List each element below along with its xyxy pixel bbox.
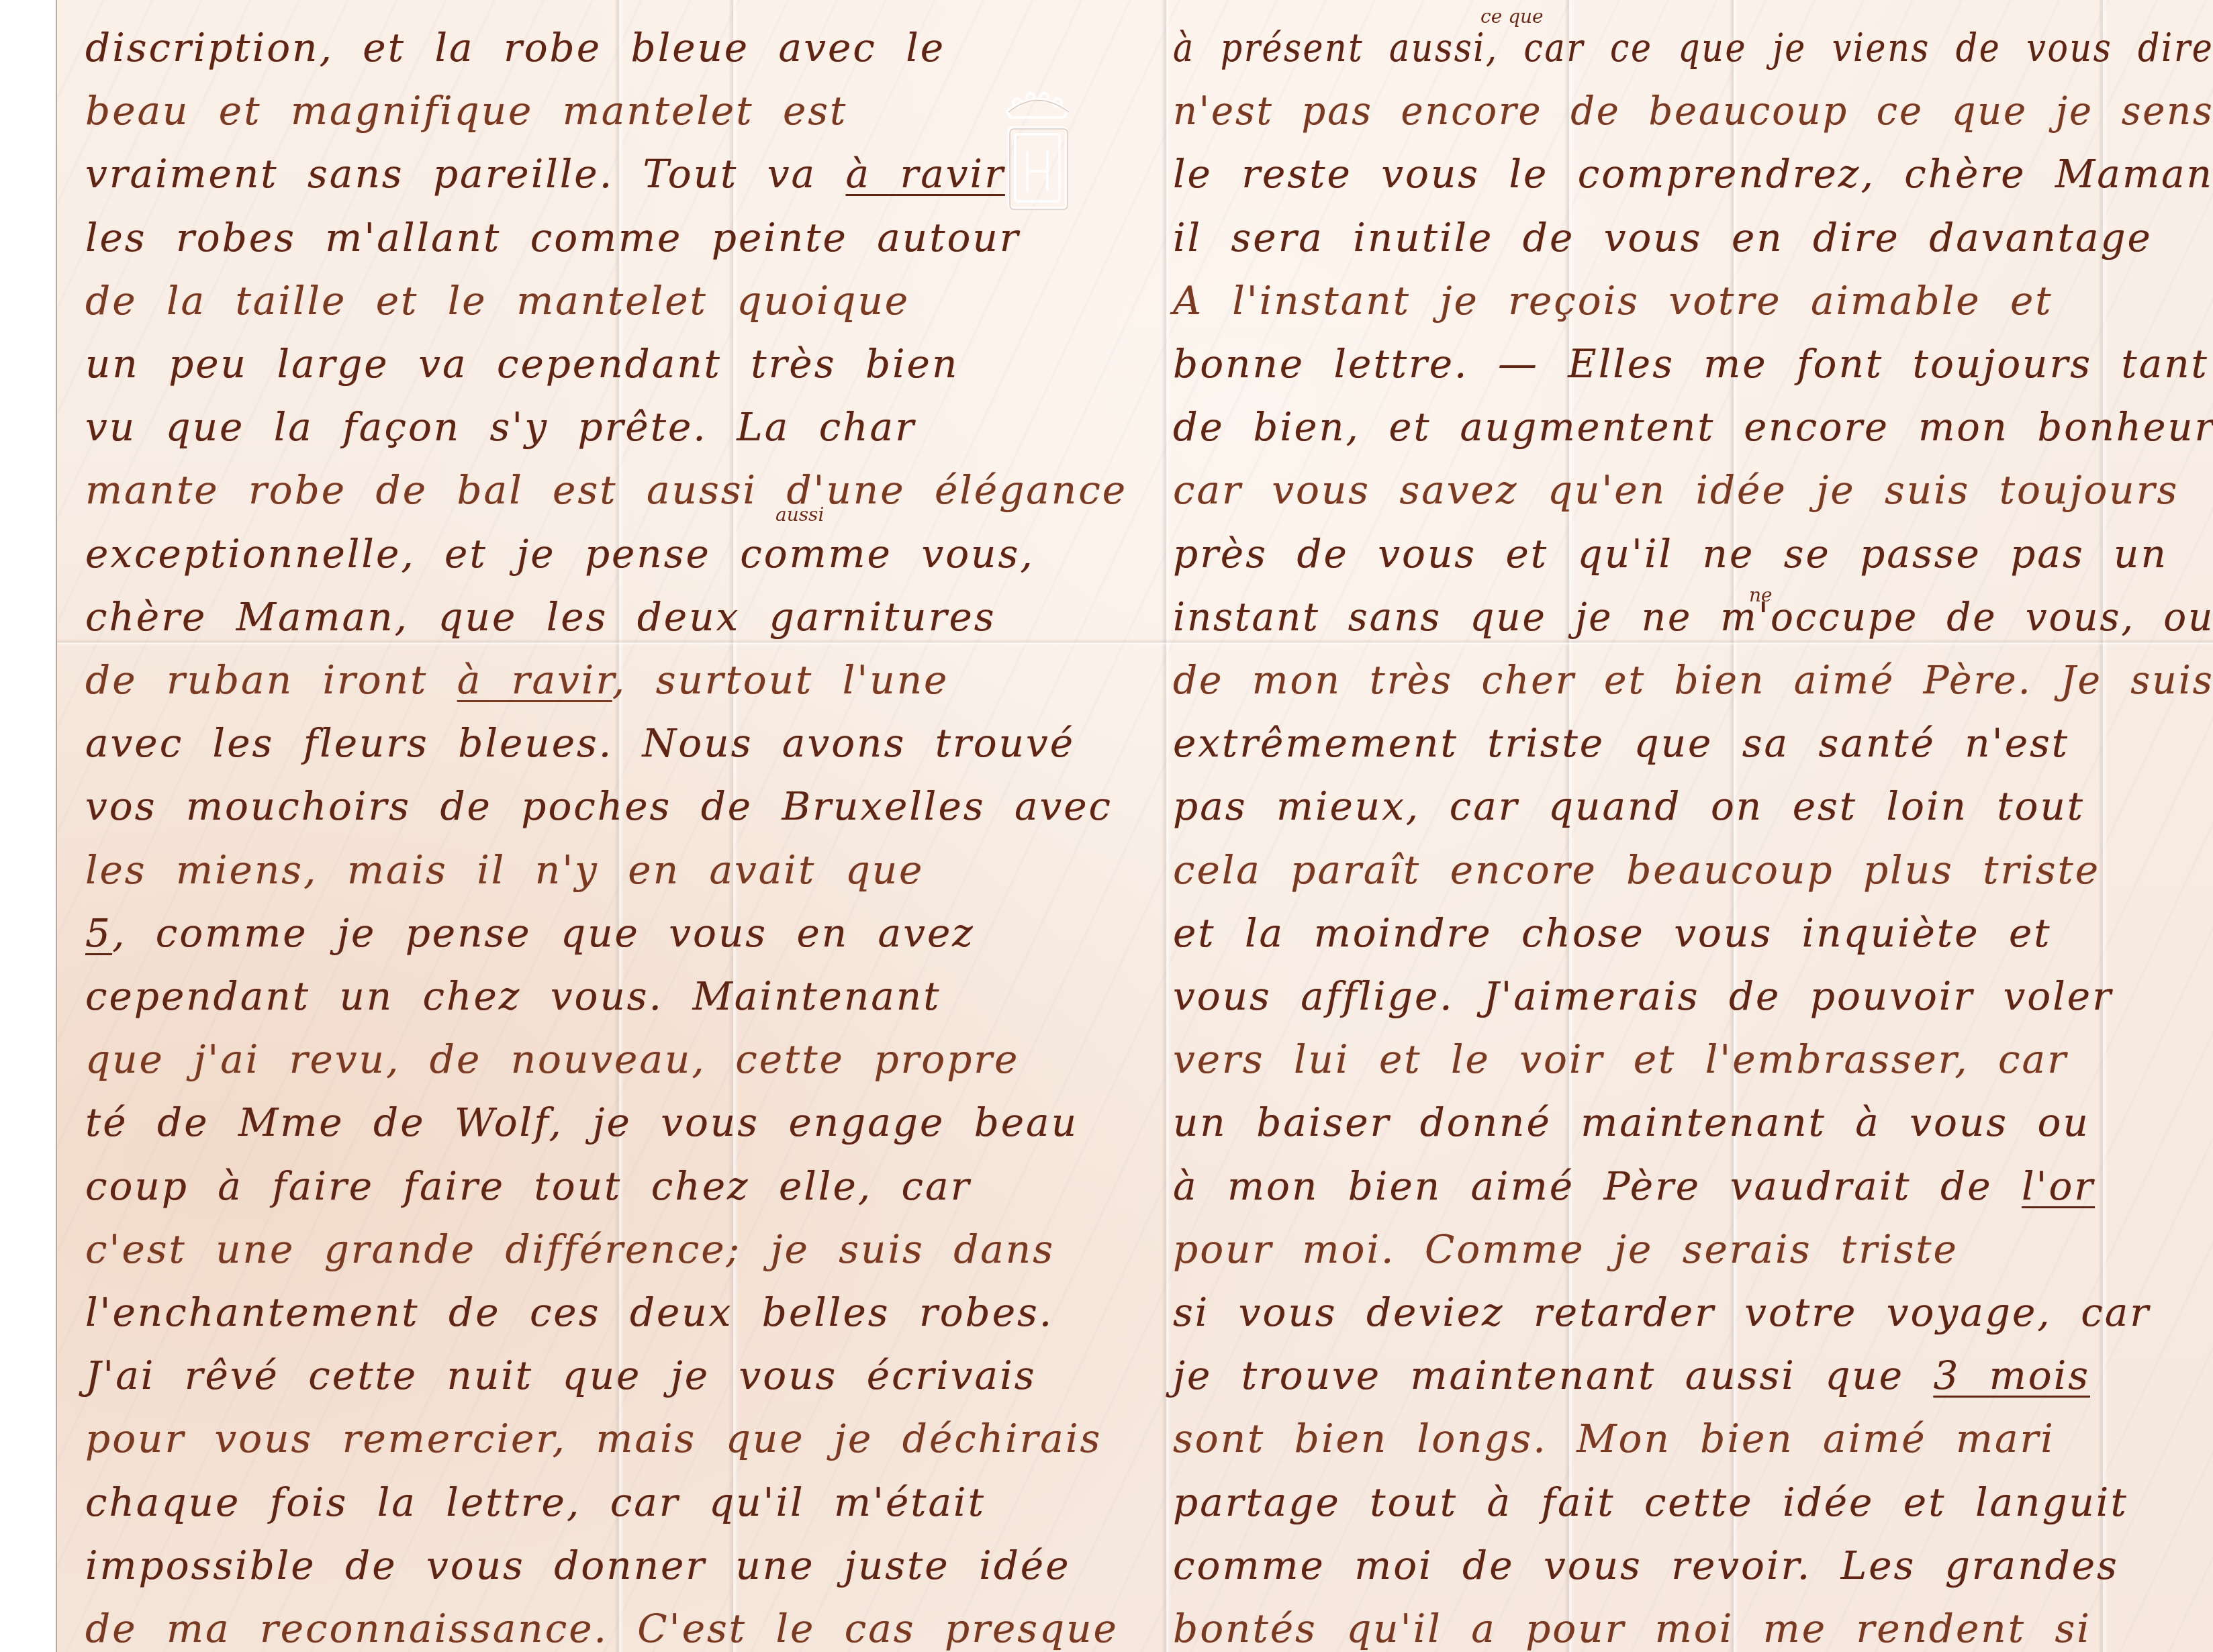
underlined-word: l'or bbox=[2022, 1163, 2095, 1209]
handwritten-line: vous afflige. J'aimerais de pouvoir vole… bbox=[1173, 977, 2113, 1016]
handwritten-line: vraiment sans pareille. Tout va à ravir bbox=[85, 154, 1005, 193]
handwritten-line: vos mouchoirs de poches de Bruxelles ave… bbox=[85, 787, 1113, 826]
handwritten-line: pour moi. Comme je serais triste bbox=[1173, 1230, 1959, 1269]
handwritten-line: instant sans que je ne m'occupe de vous,… bbox=[1173, 597, 2213, 636]
handwritten-line: A l'instant je reçois votre aimable et bbox=[1173, 281, 2053, 320]
center-fold bbox=[1162, 0, 1171, 1652]
letter-scan: discription, et la robe bleue avec lebea… bbox=[0, 0, 2213, 1652]
handwritten-line: chère Maman, que les deux garnitures bbox=[85, 597, 996, 636]
handwritten-line: té de Mme de Wolf, je vous engage beau bbox=[85, 1103, 1078, 1142]
handwritten-line: mante robe de bal est aussi d'une élégan… bbox=[85, 471, 1127, 509]
handwritten-line: pour vous remercier, mais que je déchira… bbox=[85, 1419, 1102, 1458]
underlined-word: à ravir bbox=[846, 151, 1005, 197]
handwritten-line: si vous deviez retarder votre voyage, ca… bbox=[1173, 1293, 2151, 1332]
handwritten-line: n'est pas encore de beaucoup ce que je s… bbox=[1173, 91, 2213, 130]
handwritten-line: partage tout à fait cette idée et langui… bbox=[1173, 1483, 2128, 1522]
handwritten-line: extrêmement triste que sa santé n'est bbox=[1173, 724, 2069, 763]
handwritten-line: sont bien longs. Mon bien aimé mari bbox=[1173, 1419, 2055, 1458]
handwritten-line: de mon très cher et bien aimé Père. Je s… bbox=[1173, 661, 2213, 699]
handwritten-line: je trouve maintenant aussi que 3 mois bbox=[1173, 1356, 2090, 1395]
handwritten-line: vers lui et le voir et l'embrasser, car bbox=[1173, 1040, 2068, 1079]
handwritten-line: beau et magnifique mantelet est bbox=[85, 91, 847, 130]
handwritten-line: discription, et la robe bleue avec le bbox=[85, 28, 945, 67]
handwritten-line: pas mieux, car quand on est loin tout bbox=[1173, 787, 2085, 826]
handwritten-line: le reste vous le comprendrez, chère Mama… bbox=[1173, 154, 2213, 193]
interlinear-insertion: aussi bbox=[775, 503, 824, 526]
handwritten-line: un peu large va cependant très bien bbox=[85, 344, 959, 383]
handwritten-line: chaque fois la lettre, car qu'il m'était bbox=[85, 1483, 986, 1522]
handwritten-line: comme moi de vous revoir. Les grandes bbox=[1173, 1546, 2119, 1585]
interlinear-insertion: ne bbox=[1749, 584, 1773, 606]
handwritten-line: de ma reconnaissance. C'est le cas presq… bbox=[85, 1609, 1119, 1648]
handwritten-line: de bien, et augmentent encore mon bonheu… bbox=[1173, 407, 2213, 446]
horizontal-fold bbox=[57, 639, 2213, 646]
handwritten-line: il sera inutile de vous en dire davantag… bbox=[1173, 218, 2153, 257]
handwritten-line: l'enchantement de ces deux belles robes. bbox=[85, 1293, 1053, 1332]
letter-paper: discription, et la robe bleue avec lebea… bbox=[56, 0, 2213, 1652]
handwritten-line: cela paraît encore beaucoup plus triste bbox=[1173, 851, 2100, 889]
handwritten-line: à mon bien aimé Père vaudrait de l'or bbox=[1173, 1167, 2095, 1206]
handwritten-line: à présent aussi, car ce que je viens de … bbox=[1173, 28, 2213, 67]
handwritten-line: impossible de vous donner une juste idée bbox=[85, 1546, 1070, 1585]
handwritten-line: les miens, mais il n'y en avait que bbox=[85, 851, 924, 889]
handwritten-line: un baiser donné maintenant à vous ou bbox=[1173, 1103, 2090, 1142]
handwritten-line: avec les fleurs bleues. Nous avons trouv… bbox=[85, 724, 1075, 763]
handwritten-line: de ruban iront à ravir, surtout l'une bbox=[85, 661, 949, 699]
handwritten-line: que j'ai revu, de nouveau, cette propre bbox=[85, 1040, 1019, 1079]
interlinear-insertion: ce que bbox=[1480, 5, 1544, 28]
handwritten-line: car vous savez qu'en idée je suis toujou… bbox=[1173, 471, 2179, 509]
handwritten-line: coup à faire faire tout chez elle, car bbox=[85, 1167, 971, 1206]
handwritten-line: 5, comme je pense que vous en avez bbox=[85, 914, 975, 953]
handwritten-line: vu que la façon s'y prête. La char bbox=[85, 407, 916, 446]
handwritten-line: bontés qu'il a pour moi me rendent si bbox=[1173, 1609, 2091, 1648]
embossed-crest-icon bbox=[1000, 91, 1074, 225]
handwritten-line: de la taille et le mantelet quoique bbox=[85, 281, 910, 320]
handwritten-line: près de vous et qu'il ne se passe pas un bbox=[1173, 534, 2168, 573]
handwritten-line: J'ai rêvé cette nuit que je vous écrivai… bbox=[85, 1356, 1037, 1395]
handwritten-line: et la moindre chose vous inquiète et bbox=[1173, 914, 2052, 953]
handwritten-line: bonne lettre. — Elles me font toujours t… bbox=[1173, 344, 2209, 383]
handwritten-line: exceptionnelle, et je pense comme vous, bbox=[85, 534, 1035, 573]
underlined-word: à ravir bbox=[457, 657, 612, 703]
handwritten-line: c'est une grande différence; je suis dan… bbox=[85, 1230, 1055, 1269]
underlined-word: 3 mois bbox=[1933, 1353, 2090, 1398]
handwritten-line: cependant un chez vous. Maintenant bbox=[85, 977, 941, 1016]
underlined-word: 5 bbox=[85, 910, 112, 956]
handwritten-line: les robes m'allant comme peinte autour bbox=[85, 218, 1021, 257]
